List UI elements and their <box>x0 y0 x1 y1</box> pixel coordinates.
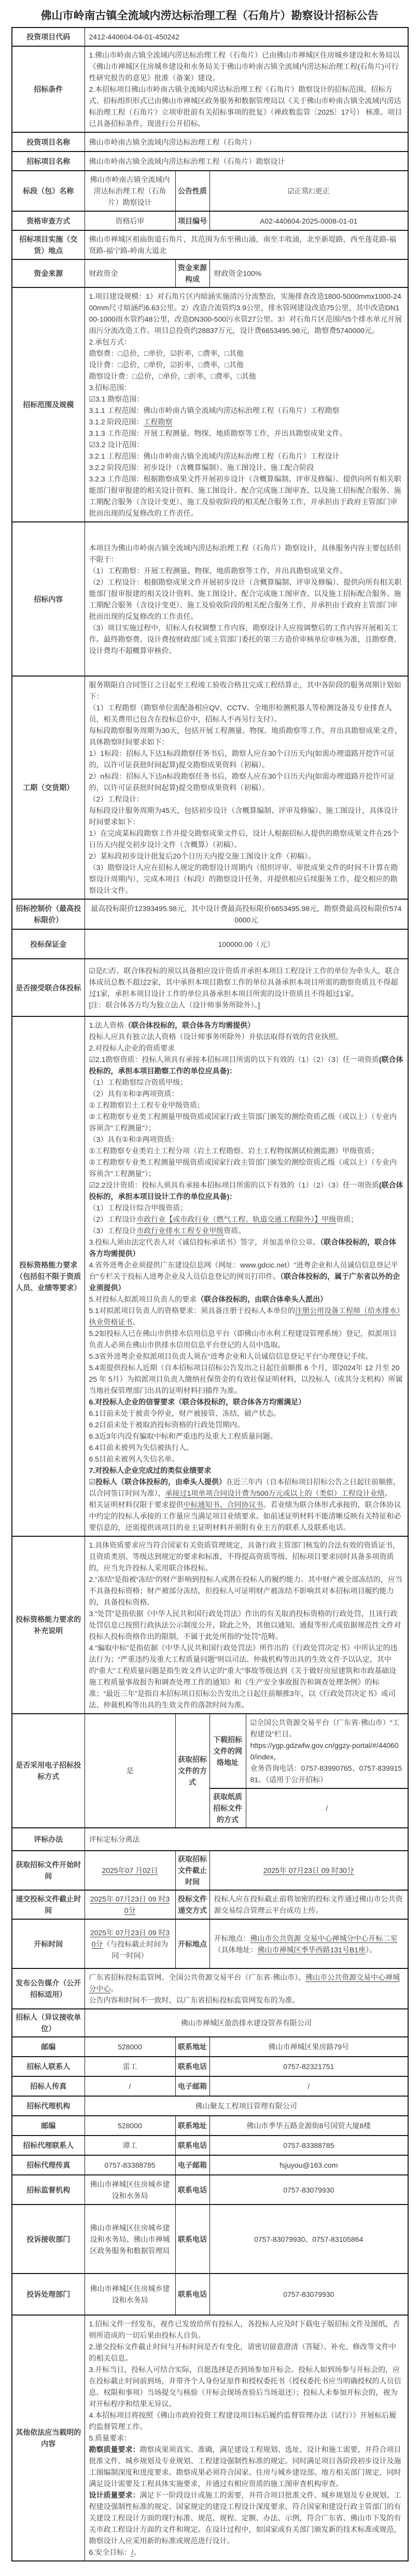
announcement-nature-label: 公告性质 <box>175 171 209 211</box>
evaluation-method-value: 评标定标分离法 <box>85 1828 408 1851</box>
tender-scope-row: 招标范围及规模1.项目建设规模：1）对石角片区内暗涵实施清污分流整治，实施排查改… <box>12 287 408 522</box>
agency-address-label: 联系地址 <box>175 2116 209 2136</box>
complaint-receiving-row: 投诉接收部门佛山市禅城区住房城乡建设和水务局、佛山市禅城区政务服务和数据管理局联… <box>12 2205 408 2274</box>
investment-project-name-label: 投资项目名称 <box>12 132 85 151</box>
complaint-receiving-value: 佛山市禅城区住房城乡建设和水务局、佛山市禅城区政务服务和数据管理局 <box>85 2205 175 2274</box>
complaint-handling-row: 投诉处理部门佛山市禅城区住房城乡建设和水务局联系电话0757-83079930 <box>12 2274 408 2315</box>
electronic-bidding-value: 是 <box>85 1714 175 1828</box>
tender-control-price-value: 最高投标限价12393495.98元，其中设计费最高投标限价6653495.98… <box>85 899 408 929</box>
investment-project-name-value: 佛山市岭南古镇全流域内涝达标治理工程（石角片） <box>85 132 408 151</box>
tender-scope-value: 1.项目建设规模：1）对石角片区内暗涵实施清污分流整治，实施排查改造1800-5… <box>85 287 408 522</box>
download-address-label: 下载招标文件的网络地址 <box>209 1714 246 1788</box>
tenderer-postal-code-row: 邮编528000联系地址佛山市禅城区果房路79号 <box>12 2037 408 2057</box>
agency-email-value: fsjuyou@163.com <box>209 2155 408 2175</box>
funding-composition-label: 资金来源构成 <box>175 259 209 287</box>
agency-contact-row: 招标代理联系人谭工联系电话0757-83388785 <box>12 2136 408 2155</box>
bidder-qualification-requirements-value: 1.法人资格（联合体投标的，联合体各方均需提供）投标人应具有独立法人资格（设计师… <box>85 1016 408 1536</box>
announcement-nature-value: ☑正常/□更正 <box>209 171 408 211</box>
section-package-value: 佛山市岭南古镇全流域内涝达标治理工程（石角片）勘察设计 <box>85 171 175 211</box>
tenderer-address-label: 联系地址 <box>175 2037 209 2057</box>
funding-source-label: 资金来源 <box>12 259 85 287</box>
announcement-media-label: 发布公告媒介（公开招标适用） <box>12 1968 85 2009</box>
submission-method-label: 投标文件递交方式 <box>175 1890 209 1919</box>
tenderer-fax-label: 招标人传真 <box>12 2076 85 2096</box>
page-title: 佛山市岭南古镇全流域内涝达标治理工程（石角片）勘察设计招标公告 <box>11 8 408 24</box>
supervision-authority-label: 招标监督机构 <box>12 2175 85 2205</box>
tender-project-name-value: 佛山市岭南古镇全流域内涝达标治理工程（石角片）勘察设计 <box>85 151 408 171</box>
complaint-receiving-phone-label: 联系电话 <box>175 2205 209 2274</box>
tender-content-label: 招标内容 <box>12 522 85 676</box>
tender-conditions-value: 1.佛山市岭南古镇全流域内涝达标治理工程（石角片）已由佛山市禅城区住房城乡建设和… <box>85 46 408 132</box>
tender-conditions-row: 招标条件1.佛山市岭南古镇全流域内涝达标治理工程（石角片）已由佛山市禅城区住房城… <box>12 46 408 132</box>
announcement-page: 佛山市岭南古镇全流域内涝达标治理工程（石角片）勘察设计招标公告 投资项目代码24… <box>0 0 419 2576</box>
agency-fax-value: 0757-83388785 <box>85 2155 175 2175</box>
construction-period-row: 工期（交货期）服务期限自合同签订之日起至工程竣工验收合格且完成工程结算止，其中各… <box>12 676 408 899</box>
tender-project-name-row: 招标项目名称佛山市岭南古镇全流域内涝达标治理工程（石角片）勘察设计 <box>12 151 408 171</box>
tenderer-row: 招标人（异议接收单位）佛山市禅城区盈浩排水建设管养有限公司 <box>12 2009 408 2037</box>
agency-postal-code-row: 邮编528000联系地址佛山市季华五路金源街8号国贸大厦8楼 <box>12 2116 408 2136</box>
tenderer-value: 佛山市禅城区盈浩排水建设管养有限公司 <box>85 2009 408 2037</box>
tenderer-postal-code-value: 528000 <box>85 2037 175 2057</box>
bid-opening-location-label: 开标地点 <box>175 1919 209 1968</box>
bidder-qualification-requirements-label: 投标资格能力要求（包括但不限于资质人员、业绩等要求） <box>12 1016 85 1536</box>
funding-source-row: 资金来源财政资金资金来源构成财政资金100% <box>12 259 408 287</box>
implementation-location-row: 招标项目实施（交货）地点佛山市禅城区祖庙街道石角片，其范围为东至佛山涌，南至丰收… <box>12 230 408 259</box>
agency-fax-row: 招标代理传真0757-83388785电子邮箱fsjuyou@163.com <box>12 2155 408 2175</box>
tender-scope-label: 招标范围及规模 <box>12 287 85 522</box>
tenderer-fax-value: / <box>85 2076 175 2096</box>
complaint-handling-value: 佛山市禅城区住房城乡建设和水务局 <box>85 2274 175 2315</box>
tenderer-phone-label: 联系电话 <box>175 2057 209 2076</box>
qualification-review-row: 资格审查方式资格后审项目编号A02-440604-2025-0008-01-01 <box>12 211 408 230</box>
tender-control-price-row: 招标控制价（最高投标限价）最高投标限价12393495.98元，其中设计费最高投… <box>12 899 408 929</box>
submission-method-value: 投标人应在投标截止前将加密的投标文件通过佛山市公共资源交易综合管理云平台成功上传… <box>209 1890 408 1919</box>
tender-content-value: 本项目为佛山市岭南古镇全流域内涝达标治理工程（石角片）勘察设计，具体服务内容主要… <box>85 522 408 676</box>
tenderer-contact-row: 招标人联系人雷工联系电话0757-82321751 <box>12 2057 408 2076</box>
tender-agency-label: 招标代理机构 <box>12 2096 85 2116</box>
bid-bond-row: 投标保证金100000.00（元） <box>12 929 408 959</box>
bid-opening-time-label: 开标时间 <box>12 1919 85 1968</box>
paper-document-label: 获取纸质招标文件的方式 <box>209 1788 246 1828</box>
section-package-row: 标段（包）名称佛山市岭南古镇全流域内涝达标治理工程（石角片）勘察设计公告性质☑正… <box>12 171 408 211</box>
qualification-supplementary-notes-value: 1.具体资质要求应当符合国家有关资质管理规定，具备行政主管部门核发的合法有效的资… <box>85 1536 408 1714</box>
agency-fax-label: 招标代理传真 <box>12 2155 85 2175</box>
supervision-authority-row: 招标监督机构佛山市禅城区住房城乡建设和水务局联系电话0757-83079930 <box>12 2175 408 2205</box>
complaint-handling-phone-label: 联系电话 <box>175 2274 209 2315</box>
tenderer-address-value: 佛山市禅城区果房路79号 <box>209 2037 408 2057</box>
acquisition-deadline-value: 2025年 07月23日 09 时30分 <box>209 1851 408 1890</box>
evaluation-method-row: 评标办法评标定标分离法 <box>12 1828 408 1851</box>
bidder-qualification-requirements-row: 投标资格能力要求（包括但不限于资质人员、业绩等要求）1.法人资格（联合体投标的，… <box>12 1016 408 1536</box>
agency-phone-value: 0757-83388785 <box>209 2136 408 2155</box>
document-acquisition-method-label: 获取招标文件的方式 <box>175 1714 209 1828</box>
project-number-label: 项目编号 <box>175 211 209 230</box>
tenderer-email-value: / <box>209 2076 408 2096</box>
investment-project-code-label: 投资项目代码 <box>12 27 85 46</box>
bid-bond-label: 投标保证金 <box>12 929 85 959</box>
qualification-review-value: 资格后审 <box>85 211 175 230</box>
agency-email-label: 电子邮箱 <box>175 2155 209 2175</box>
other-required-content-value: 1.招标文件一经发布，视作已发放给所有投标人，各投标人应及时下载电子版招标文件及… <box>85 2315 408 2561</box>
other-required-content-label: 其他依法应当载明的内容 <box>12 2315 85 2561</box>
tenderer-contact-label: 招标人联系人 <box>12 2057 85 2076</box>
implementation-location-value: 佛山市禅城区祖庙街道石角片，其范围为东至佛山涌，南至丰收涌，北至新堤路，西至莲花… <box>85 230 408 259</box>
download-address-value: ☑全国公共资源交易平台（广东省·佛山市）“工程建设”栏目。https://ygp… <box>246 1714 408 1788</box>
tender-agency-row: 招标代理机构佛山聚友工程项目管理有限公司 <box>12 2096 408 2116</box>
announcement-media-row: 发布公告媒介（公开招标适用）广东省招标投标监管网、全国公共资源交易平台（广东省·… <box>12 1968 408 2009</box>
evaluation-method-label: 评标办法 <box>12 1828 85 1851</box>
tender-control-price-label: 招标控制价（最高投标限价） <box>12 899 85 929</box>
investment-project-name-row: 投资项目名称佛山市岭南古镇全流域内涝达标治理工程（石角片） <box>12 132 408 151</box>
tender-content-row: 招标内容本项目为佛山市岭南古镇全流域内涝达标治理工程（石角片）勘察设计，具体服务… <box>12 522 408 676</box>
consortium-bidding-label: 是否接受联合体投标 <box>12 959 85 1016</box>
electronic-bidding-label: 是否采用电子招标投标方式 <box>12 1714 85 1828</box>
supervision-phone-label: 联系电话 <box>175 2175 209 2205</box>
announcement-table: 投资项目代码2412-440604-04-01-450242招标条件1.佛山市岭… <box>11 27 409 2561</box>
qualification-supplementary-notes-label: 投标资格能力要求的补充说明 <box>12 1536 85 1714</box>
tenderer-contact-value: 雷工 <box>85 2057 175 2076</box>
electronic-bidding-0-row: 是否采用电子招标投标方式是获取招标文件的方式下载招标文件的网络地址☑全国公共资源… <box>12 1714 408 1788</box>
consortium-bidding-row: 是否接受联合体投标☑是/□否。联合体投标的须以具备相应设计资质并承担本项目工程设… <box>12 959 408 1016</box>
document-acquisition-time-row: 获取招标文件开始时间2025年07 月02日获取招标文件截止时间2025年 07… <box>12 1851 408 1890</box>
construction-period-value: 服务期限自合同签订之日起至工程竣工验收合格且完成工程结算止，其中各阶段的服务周期… <box>85 676 408 899</box>
agency-postal-code-value: 528000 <box>85 2116 175 2136</box>
submission-deadline-value: 2025年 07月23日 09 时30分 <box>85 1890 175 1919</box>
submission-deadline-label: 递交投标文件截止时间 <box>12 1890 85 1919</box>
supervision-authority-value: 佛山市禅城区住房城乡建设和水务局 <box>85 2175 175 2205</box>
implementation-location-label: 招标项目实施（交货）地点 <box>12 230 85 259</box>
agency-contact-label: 招标代理联系人 <box>12 2136 85 2155</box>
tenderer-postal-code-label: 邮编 <box>12 2037 85 2057</box>
agency-address-value: 佛山市季华五路金源街8号国贸大厦8楼 <box>209 2116 408 2136</box>
investment-project-code-row: 投资项目代码2412-440604-04-01-450242 <box>12 27 408 46</box>
funding-source-value: 财政资金 <box>85 259 175 287</box>
tenderer-fax-row: 招标人传真/电子邮箱/ <box>12 2076 408 2096</box>
tender-conditions-label: 招标条件 <box>12 46 85 132</box>
section-package-label: 标段（包）名称 <box>12 171 85 211</box>
complaint-handling-label: 投诉处理部门 <box>12 2274 85 2315</box>
tenderer-phone-value: 0757-82321751 <box>209 2057 408 2076</box>
construction-period-label: 工期（交货期） <box>12 676 85 899</box>
paper-document-value: / <box>246 1788 408 1828</box>
bid-opening-time-value: 2025年 07月23日 09 时30分（与投标截止时间为同一时间） <box>85 1919 175 1968</box>
investment-project-code-value: 2412-440604-04-01-450242 <box>85 27 408 46</box>
bid-opening-row: 开标时间2025年 07月23日 09 时30分（与投标截止时间为同一时间）开标… <box>12 1919 408 1968</box>
consortium-bidding-value: ☑是/□否。联合体投标的须以具备相应设计资质并承担本项目工程设计工作的单位为牵头… <box>85 959 408 1016</box>
complaint-handling-phone-value: 0757-83079930 <box>209 2274 408 2315</box>
tender-agency-value: 佛山聚友工程项目管理有限公司 <box>85 2096 408 2116</box>
acquisition-start-value: 2025年07 月02日 <box>85 1851 175 1890</box>
agency-phone-label: 联系电话 <box>175 2136 209 2155</box>
bid-opening-location-value: 开标地点：佛山市公共资源 交易中心禅城分中心开标二室（具体地址：佛山市禅城区季华… <box>209 1919 408 1968</box>
bid-submission-row: 递交投标文件截止时间2025年 07月23日 09 时30分投标文件递交方式投标… <box>12 1890 408 1919</box>
acquisition-deadline-label: 获取招标文件截止时间 <box>175 1851 209 1890</box>
acquisition-start-label: 获取招标文件开始时间 <box>12 1851 85 1890</box>
other-required-content-row: 其他依法应当载明的内容1.招标文件一经发布，视作已发放给所有投标人，各投标人应及… <box>12 2315 408 2561</box>
qualification-review-label: 资格审查方式 <box>12 211 85 230</box>
complaint-receiving-label: 投诉接收部门 <box>12 2205 85 2274</box>
complaint-receiving-phone-value: 0757-83079930、0757-83105864 <box>209 2205 408 2274</box>
funding-composition-value: 财政资金100% <box>209 259 408 287</box>
agency-postal-code-label: 邮编 <box>12 2116 85 2136</box>
project-number-value: A02-440604-2025-0008-01-01 <box>209 211 408 230</box>
supervision-phone-value: 0757-83079930 <box>209 2175 408 2205</box>
tenderer-label: 招标人（异议接收单位） <box>12 2009 85 2037</box>
tender-project-name-label: 招标项目名称 <box>12 151 85 171</box>
qualification-supplementary-notes-row: 投标资格能力要求的补充说明1.具体资质要求应当符合国家有关资质管理规定，具备行政… <box>12 1536 408 1714</box>
tenderer-email-label: 电子邮箱 <box>175 2076 209 2096</box>
agency-contact-value: 谭工 <box>85 2136 175 2155</box>
bid-bond-value: 100000.00（元） <box>85 929 408 959</box>
announcement-media-value: 广东省招标投标监管网、全国公共资源交易平台（广东省·佛山市）、佛山市公共资源交易… <box>85 1968 408 2009</box>
